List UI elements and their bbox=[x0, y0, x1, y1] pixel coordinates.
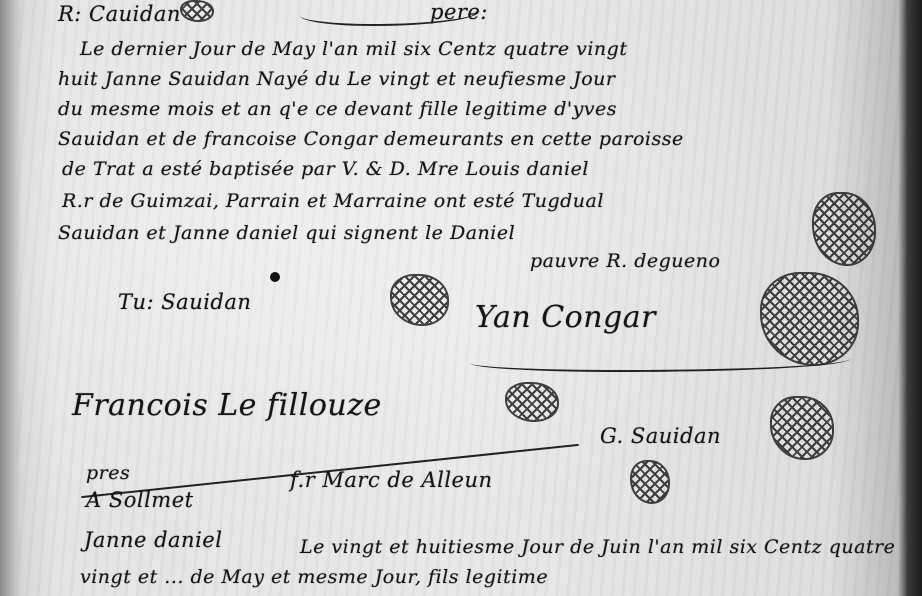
entry-1-line-8: pauvre R. degueno bbox=[530, 250, 720, 272]
entry-2-line-1: Le vingt et huitiesme Jour de Juin l'an … bbox=[300, 536, 895, 558]
entry-1-line-3: du mesme mois et an q'e ce devant fille … bbox=[58, 98, 617, 120]
signature-pres: pres bbox=[86, 462, 130, 484]
entry-2-line-2: vingt et ... de May et mesme Jour, fils … bbox=[80, 566, 548, 588]
signature-a-sollmet: A Sollmet bbox=[86, 488, 194, 512]
ink-blot bbox=[270, 272, 280, 282]
signature-francois-le-fillouze: Francois Le fillouze bbox=[72, 388, 382, 423]
paraph-scribble bbox=[812, 192, 876, 266]
page-binding-right bbox=[898, 0, 922, 596]
paraph-scribble bbox=[505, 382, 559, 422]
entry-1-line-2: huit Janne Sauidan Nayé du Le vingt et n… bbox=[58, 68, 615, 90]
signature-yan-congar: Yan Congar bbox=[475, 300, 656, 335]
paraph-scribble bbox=[770, 396, 834, 460]
header-fragment-center: pere: bbox=[430, 0, 488, 24]
signature-janne-daniel: Janne daniel bbox=[84, 528, 222, 552]
signature-g-sauidan: G. Sauidan bbox=[600, 424, 721, 448]
signature-flourish bbox=[470, 350, 850, 372]
entry-1-line-7: Sauidan et Janne daniel qui signent le D… bbox=[58, 222, 515, 244]
entry-1-line-1: Le dernier Jour de May l'an mil six Cent… bbox=[80, 38, 627, 60]
paraph-scribble bbox=[180, 0, 214, 22]
paraph-scribble bbox=[390, 274, 449, 326]
page-binding-left bbox=[0, 0, 22, 596]
paraph-scribble bbox=[630, 460, 670, 504]
signature-tu-sauidan: Tu: Sauidan bbox=[118, 290, 251, 314]
entry-1-line-4: Sauidan et de francoise Congar demeurant… bbox=[58, 128, 684, 150]
entry-1-line-6: R.r de Guimzai, Parrain et Marraine ont … bbox=[62, 190, 604, 212]
signature-fr-marc-de-alleun: f.r Marc de Alleun bbox=[290, 468, 493, 492]
manuscript-page: R: Cauidan pere: Le dernier Jour de May … bbox=[0, 0, 922, 596]
header-fragment-left: R: Cauidan bbox=[58, 2, 181, 26]
entry-1-line-5: de Trat a esté baptisée par V. & D. Mre … bbox=[62, 158, 589, 180]
